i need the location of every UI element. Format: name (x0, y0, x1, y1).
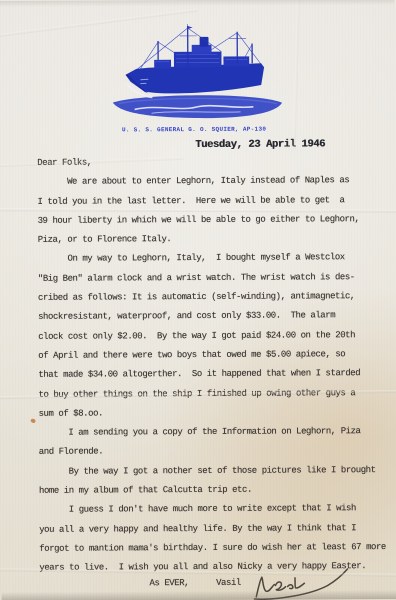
closing-phrase: As EVER, (149, 578, 189, 588)
ship-illustration-icon (97, 23, 295, 120)
typed-signature-name: Vasil (216, 578, 241, 588)
letter-line: I guess I don't have much more to write … (39, 499, 393, 520)
letter-line: 39 hour liberty in which we will be able… (38, 210, 392, 231)
letter-line: Piza, or to Florence Italy. (38, 229, 392, 250)
salutation: Dear Folks, (37, 152, 391, 173)
letter-line: and Florende. (39, 441, 393, 462)
letter-line: you all a very happy and healthy life. B… (39, 519, 393, 540)
letter-line: sum of $8.oo. (39, 403, 393, 424)
paper-edge-shadow (0, 0, 394, 7)
letter-line: We are about to enter Leghorn, Italy ins… (37, 171, 391, 192)
letter-line: On my way to Leghorn, Italy, I bought my… (38, 248, 392, 269)
letter-line: By the way I got a nother set of those p… (39, 461, 393, 482)
letter-line: shockresistant, waterproof, and cost onl… (38, 306, 392, 327)
letter-line: home in my album of that Calcutta trip e… (39, 480, 393, 501)
rust-speck (30, 418, 36, 424)
date-line: Tuesday, 23 April 1946 (195, 138, 325, 151)
letter-line: of April and there were two boys that ow… (38, 345, 392, 366)
closing-line: As EVER,Vasil (149, 578, 240, 588)
letter-line: cribed as follows: It is automatic (self… (38, 287, 392, 308)
letter-line: I told you in the last letter. Here we w… (37, 191, 391, 212)
letter-line: clock cost only $2.00. By the way I got … (38, 326, 392, 347)
letter-page: U. S. S. GENERAL G. O. SQUIER, AP-130 Tu… (0, 0, 396, 600)
letter-line: that made $34.00 altogerther. So it happ… (38, 364, 392, 385)
ship-caption: U. S. S. GENERAL G. O. SQUIER, AP-130 (0, 125, 395, 134)
letter-line: I am sending you a copy of the Informati… (39, 422, 393, 443)
letter-line: forgot to mantion mama's birthday. I sur… (39, 538, 393, 559)
letter-body: Dear Folks, We are about to enter Leghor… (37, 152, 393, 578)
letter-line: "Big Ben" alarm clock and a wrist watch.… (38, 268, 392, 289)
paper-edge-shadow (2, 590, 396, 600)
letter-line: to buy other things on the ship I finish… (38, 384, 392, 405)
